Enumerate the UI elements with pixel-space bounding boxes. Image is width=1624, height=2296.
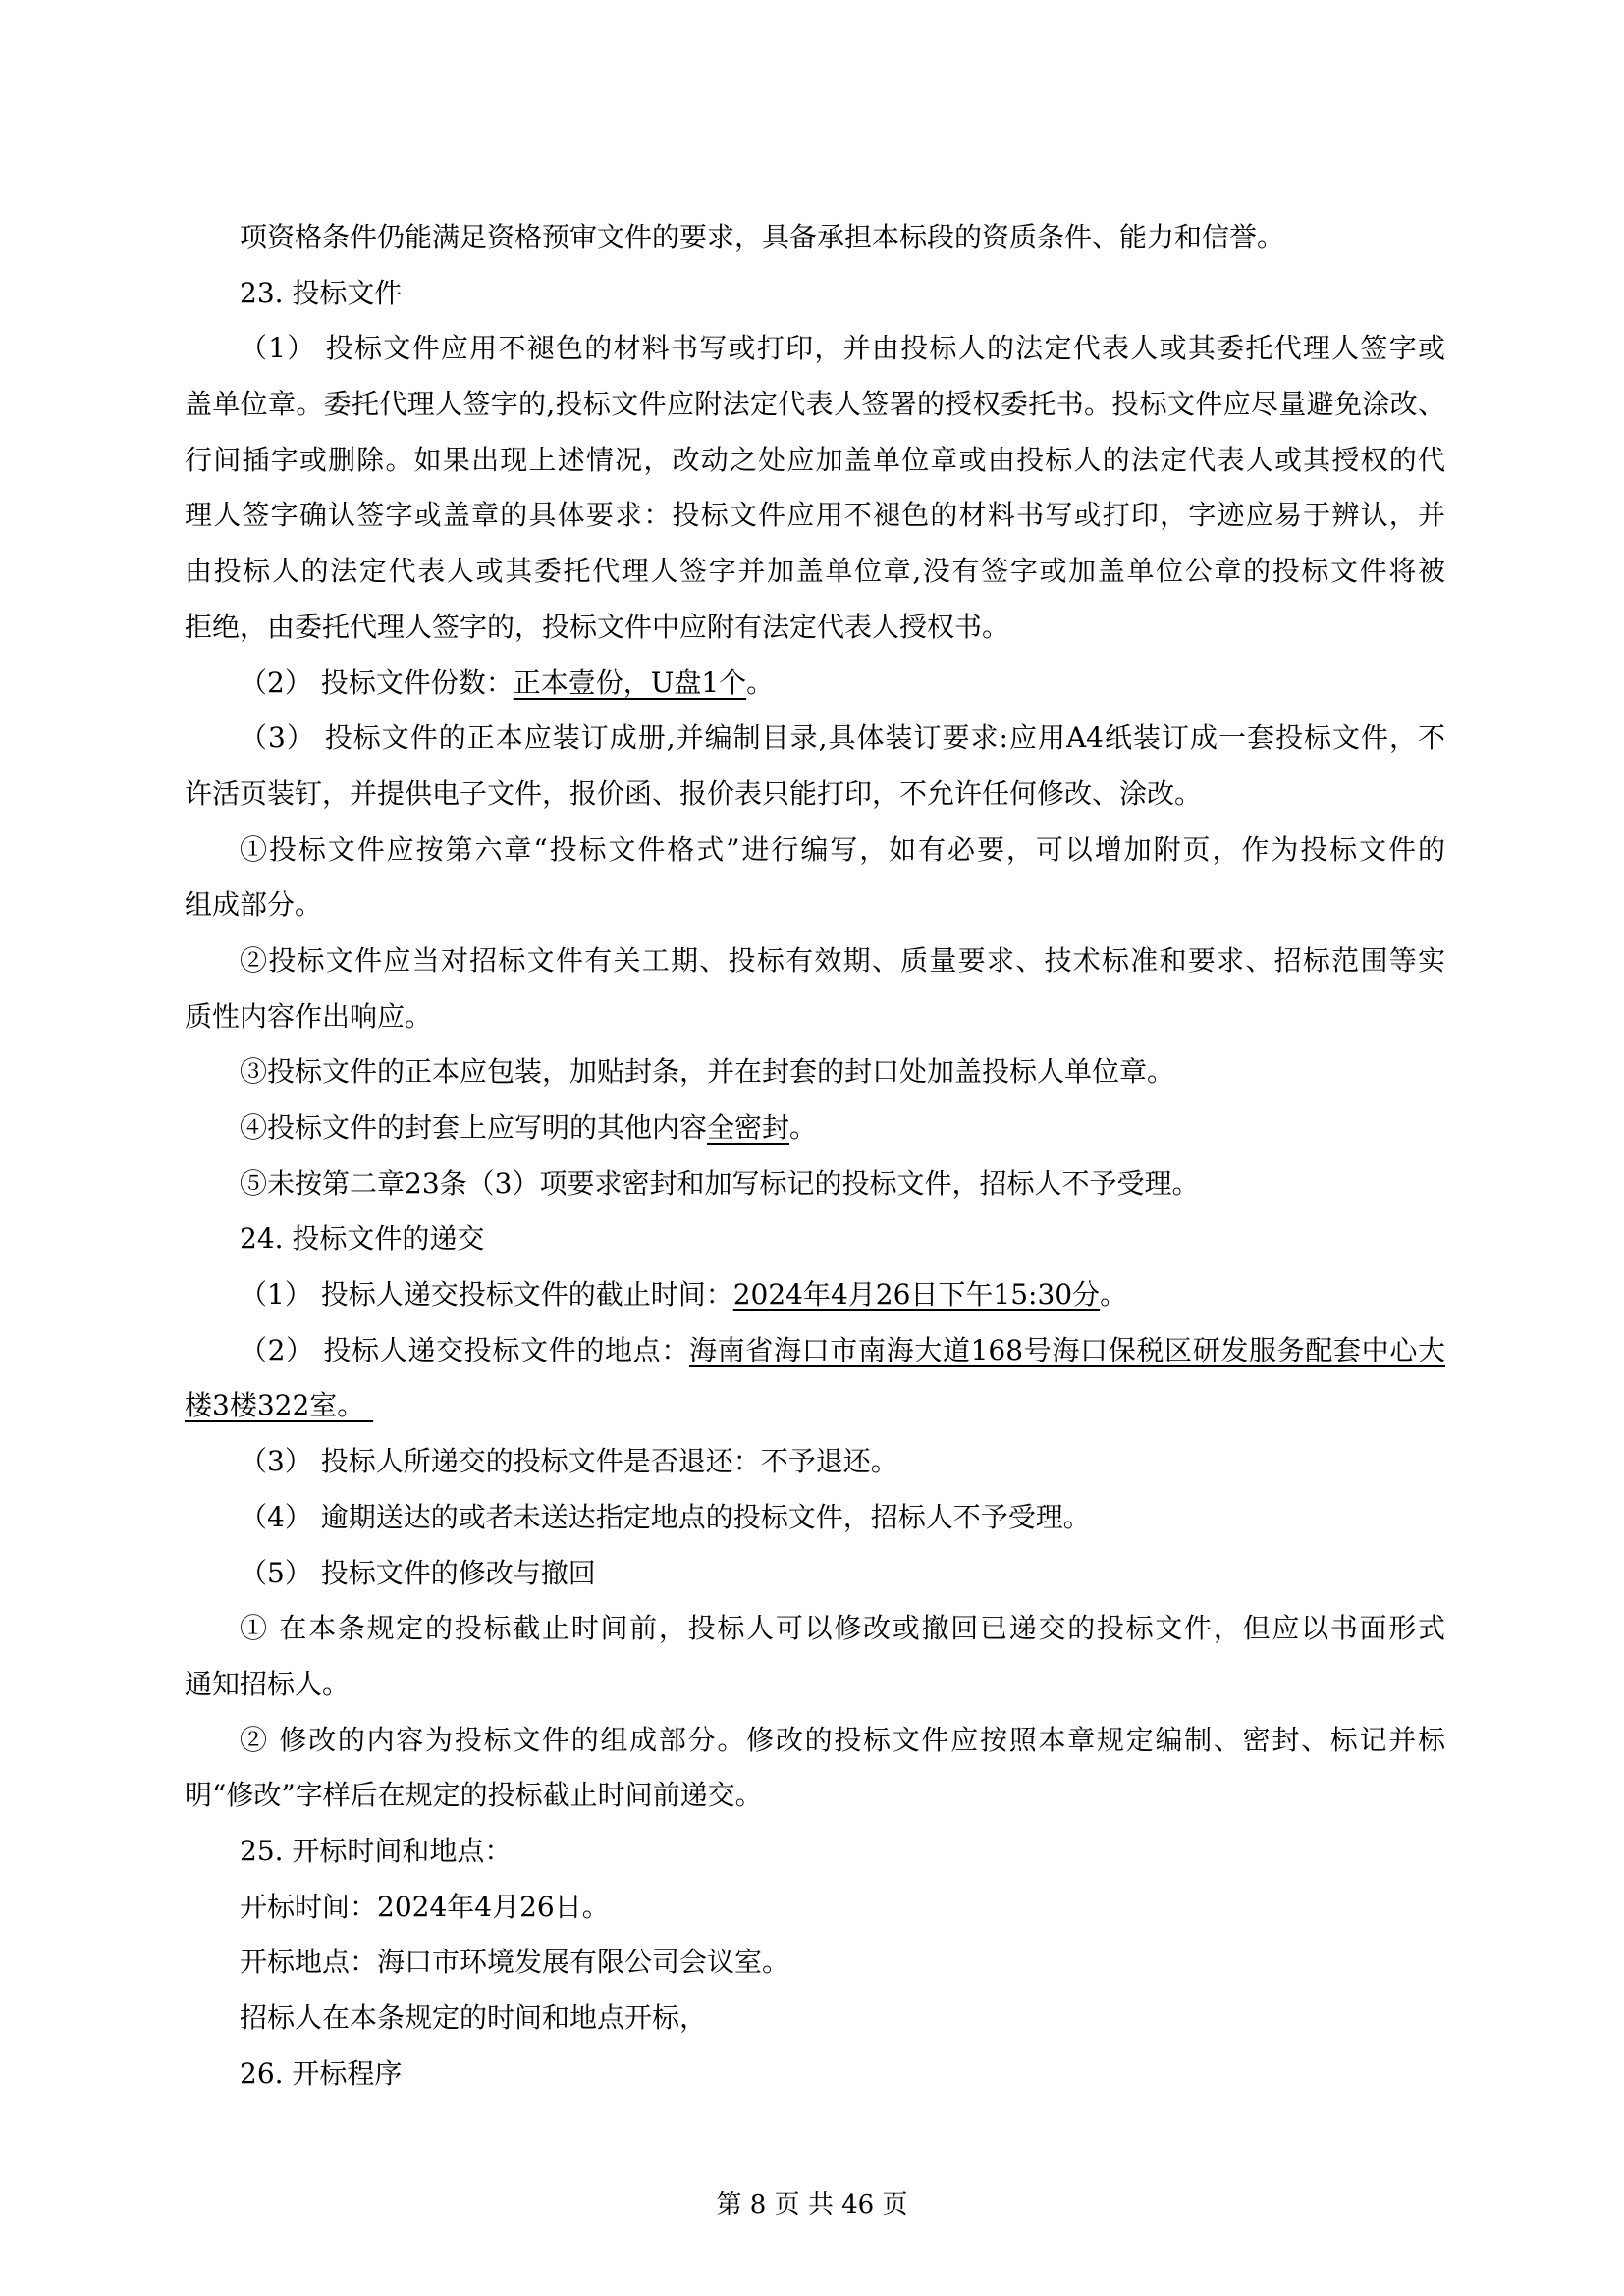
text-segment: 开标时间：2024年4月26日。 <box>240 1891 610 1923</box>
underlined-text: 2024年4月26日下午15:30分 <box>733 1278 1100 1310</box>
text-line: 盖单位章。委托代理人签字的,投标文件应附法定代表人签署的授权委托书。投标文件应尽… <box>185 377 1445 433</box>
text-line: 项资格条件仍能满足资格预审文件的要求，具备承担本标段的资质条件、能力和信誉。 <box>185 210 1445 266</box>
text-line: 组成部分。 <box>185 878 1445 934</box>
text-segment: （2） 投标人递交投标文件的地点： <box>240 1334 689 1366</box>
text-segment: 。 <box>1100 1278 1127 1310</box>
text-segment: ③投标文件的正本应包装，加贴封条，并在封套的封口处加盖投标人单位章。 <box>240 1055 1174 1088</box>
text-line: （1） 投标文件应用不褪色的材料书写或打印，并由投标人的法定代表人或其委托代理人… <box>185 321 1445 377</box>
text-segment: 招标人在本条规定的时间和地点开标， <box>240 2002 707 2034</box>
text-line: 24. 投标文件的递交 <box>185 1211 1445 1267</box>
text-segment: ① 在本条规定的投标截止时间前，投标人可以修改或撤回已递交的投标文件，但应以书面… <box>240 1612 1445 1644</box>
text-line: ② 修改的内容为投标文件的组成部分。修改的投标文件应按照本章规定编制、密封、标记… <box>185 1713 1445 1769</box>
text-line: （3） 投标人所递交的投标文件是否退还：不予退还。 <box>185 1434 1445 1490</box>
text-line: 25. 开标时间和地点： <box>185 1824 1445 1880</box>
underlined-text: 全密封 <box>707 1111 789 1144</box>
text-line: ③投标文件的正本应包装，加贴封条，并在封套的封口处加盖投标人单位章。 <box>185 1044 1445 1100</box>
text-line: 由投标人的法定代表人或其委托代理人签字并加盖单位章,没有签字或加盖单位公章的投标… <box>185 544 1445 600</box>
underlined-text: 正本壹份，U盘1个 <box>514 667 746 699</box>
text-segment: （1） 投标文件应用不褪色的材料书写或打印，并由投标人的法定代表人或其委托代理人… <box>240 332 1445 364</box>
page-number-text: 第 8 页 共 46 页 <box>717 2190 908 2219</box>
page-footer: 第 8 页 共 46 页 <box>0 2189 1624 2220</box>
text-line: （1） 投标人递交投标文件的截止时间：2024年4月26日下午15:30分。 <box>185 1267 1445 1323</box>
text-segment: 理人签字确认签字或盖章的具体要求：投标文件应用不褪色的材料书写或打印，字迹应易于… <box>185 499 1445 531</box>
text-segment: 由投标人的法定代表人或其委托代理人签字并加盖单位章,没有签字或加盖单位公章的投标… <box>185 555 1445 587</box>
text-segment: 25. 开标时间和地点： <box>240 1835 512 1867</box>
text-line: 23. 投标文件 <box>185 266 1445 322</box>
text-segment: （3） 投标人所递交的投标文件是否退还：不予退还。 <box>240 1445 898 1477</box>
text-segment: ①投标文件应按第六章“投标文件格式”进行编写，如有必要，可以增加附页，作为投标文… <box>240 833 1445 866</box>
text-line: 26. 开标程序 <box>185 2047 1445 2103</box>
text-line: ⑤未按第二章23条（3）项要求密封和加写标记的投标文件，招标人不予受理。 <box>185 1156 1445 1212</box>
text-segment: （1） 投标人递交投标文件的截止时间： <box>240 1278 733 1310</box>
underlined-text: 海南省海口市南海大道168号海口保税区研发服务配套中心大 <box>689 1334 1445 1366</box>
text-line: （3） 投标文件的正本应装订成册,并编制目录,具体装订要求:应用A4纸装订成一套… <box>185 711 1445 767</box>
text-line: （2） 投标人递交投标文件的地点：海南省海口市南海大道168号海口保税区研发服务… <box>185 1323 1445 1379</box>
text-line: 开标时间：2024年4月26日。 <box>185 1880 1445 1936</box>
text-segment: （3） 投标文件的正本应装订成册,并编制目录,具体装订要求:应用A4纸装订成一套… <box>240 721 1445 754</box>
document-page: 项资格条件仍能满足资格预审文件的要求，具备承担本标段的资质条件、能力和信誉。23… <box>0 0 1624 2296</box>
text-line: ②投标文件应当对招标文件有关工期、投标有效期、质量要求、技术标准和要求、招标范围… <box>185 934 1445 989</box>
text-line: （4） 逾期送达的或者未送达指定地点的投标文件，招标人不予受理。 <box>185 1490 1445 1546</box>
text-line: ① 在本条规定的投标截止时间前，投标人可以修改或撤回已递交的投标文件，但应以书面… <box>185 1601 1445 1657</box>
text-segment: 26. 开标程序 <box>240 2057 402 2090</box>
text-segment: 组成部分。 <box>185 888 322 921</box>
text-line: 明“修改”字样后在规定的投标截止时间前递交。 <box>185 1768 1445 1824</box>
text-segment: ⑤未按第二章23条（3）项要求密封和加写标记的投标文件，招标人不予受理。 <box>240 1167 1199 1200</box>
text-line: 行间插字或删除。如果出现上述情况，改动之处应加盖单位章或由投标人的法定代表人或其… <box>185 433 1445 489</box>
text-segment: 通知招标人。 <box>185 1668 350 1700</box>
text-segment: 23. 投标文件 <box>240 277 402 309</box>
text-line: 许活页装钉，并提供电子文件，报价函、报价表只能打印，不允许任何修改、涂改。 <box>185 767 1445 823</box>
text-segment: 行间插字或删除。如果出现上述情况，改动之处应加盖单位章或由投标人的法定代表人或其… <box>185 444 1445 476</box>
text-segment: （4） 逾期送达的或者未送达指定地点的投标文件，招标人不予受理。 <box>240 1501 1091 1533</box>
text-segment: 24. 投标文件的递交 <box>240 1222 484 1255</box>
text-segment: 开标地点：海口市环境发展有限公司会议室。 <box>240 1946 789 1978</box>
text-line: 招标人在本条规定的时间和地点开标， <box>185 1991 1445 2047</box>
text-line: ①投标文件应按第六章“投标文件格式”进行编写，如有必要，可以增加附页，作为投标文… <box>185 823 1445 879</box>
text-line: 质性内容作出响应。 <box>185 989 1445 1045</box>
underlined-text: 楼3楼322室。 <box>185 1389 373 1421</box>
text-segment: （5） 投标文件的修改与撤回 <box>240 1557 596 1589</box>
text-segment: 明“修改”字样后在规定的投标截止时间前递交。 <box>185 1779 763 1811</box>
text-segment: 质性内容作出响应。 <box>185 1000 432 1033</box>
text-line: （2） 投标文件份数：正本壹份，U盘1个。 <box>185 656 1445 712</box>
text-segment: ②投标文件应当对招标文件有关工期、投标有效期、质量要求、技术标准和要求、招标范围… <box>240 944 1445 977</box>
page-body: 项资格条件仍能满足资格预审文件的要求，具备承担本标段的资质条件、能力和信誉。23… <box>185 210 1445 2102</box>
text-line: ④投标文件的封套上应写明的其他内容全密封。 <box>185 1100 1445 1156</box>
text-line: （5） 投标文件的修改与撤回 <box>185 1546 1445 1602</box>
text-segment: 盖单位章。委托代理人签字的,投标文件应附法定代表人签署的授权委托书。投标文件应尽… <box>185 388 1445 420</box>
text-segment: 项资格条件仍能满足资格预审文件的要求，具备承担本标段的资质条件、能力和信誉。 <box>240 221 1284 253</box>
text-segment: （2） 投标文件份数： <box>240 667 514 699</box>
text-line: 楼3楼322室。 <box>185 1378 1445 1434</box>
text-line: 拒绝，由委托代理人签字的，投标文件中应附有法定代表人授权书。 <box>185 600 1445 656</box>
text-segment: 许活页装钉，并提供电子文件，报价函、报价表只能打印，不允许任何修改、涂改。 <box>185 777 1202 810</box>
text-line: 开标地点：海口市环境发展有限公司会议室。 <box>185 1935 1445 1991</box>
text-segment: 拒绝，由委托代理人签字的，投标文件中应附有法定代表人授权书。 <box>185 611 1009 643</box>
text-line: 理人签字确认签字或盖章的具体要求：投标文件应用不褪色的材料书写或打印，字迹应易于… <box>185 488 1445 544</box>
text-segment: ④投标文件的封套上应写明的其他内容 <box>240 1111 707 1144</box>
text-line: 通知招标人。 <box>185 1657 1445 1713</box>
text-segment: 。 <box>746 667 774 699</box>
text-segment: ② 修改的内容为投标文件的组成部分。修改的投标文件应按照本章规定编制、密封、标记… <box>240 1724 1445 1756</box>
text-segment: 。 <box>789 1111 817 1144</box>
